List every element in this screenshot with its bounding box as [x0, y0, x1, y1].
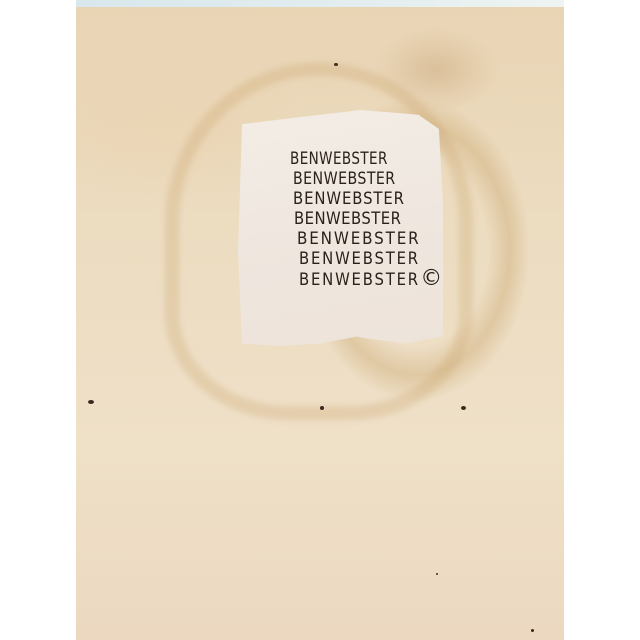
- top-background-strip: [76, 0, 564, 7]
- paint-speck: [531, 629, 534, 632]
- paint-speck: [436, 573, 438, 575]
- paint-speck: [320, 406, 324, 410]
- paint-speck: [334, 63, 338, 66]
- inscription-line: BENWEBSTER: [297, 229, 444, 249]
- inscription: BENWEBSTER BENWEBSTER BENWEBSTER BENWEBS…: [290, 149, 450, 290]
- paint-speck: [88, 400, 94, 404]
- inscription-line: BENWEBSTER: [293, 189, 437, 209]
- copyright-icon: ©: [421, 269, 445, 289]
- inscription-line: BENWEBSTER: [293, 169, 431, 189]
- inscription-line: BENWEBSTER: [294, 209, 438, 229]
- inscription-line-last: BENWEBSTER©: [299, 269, 443, 290]
- paint-speck: [461, 406, 466, 410]
- inscription-text: BENWEBSTER: [299, 270, 420, 289]
- inscription-line: BENWEBSTER: [290, 149, 421, 169]
